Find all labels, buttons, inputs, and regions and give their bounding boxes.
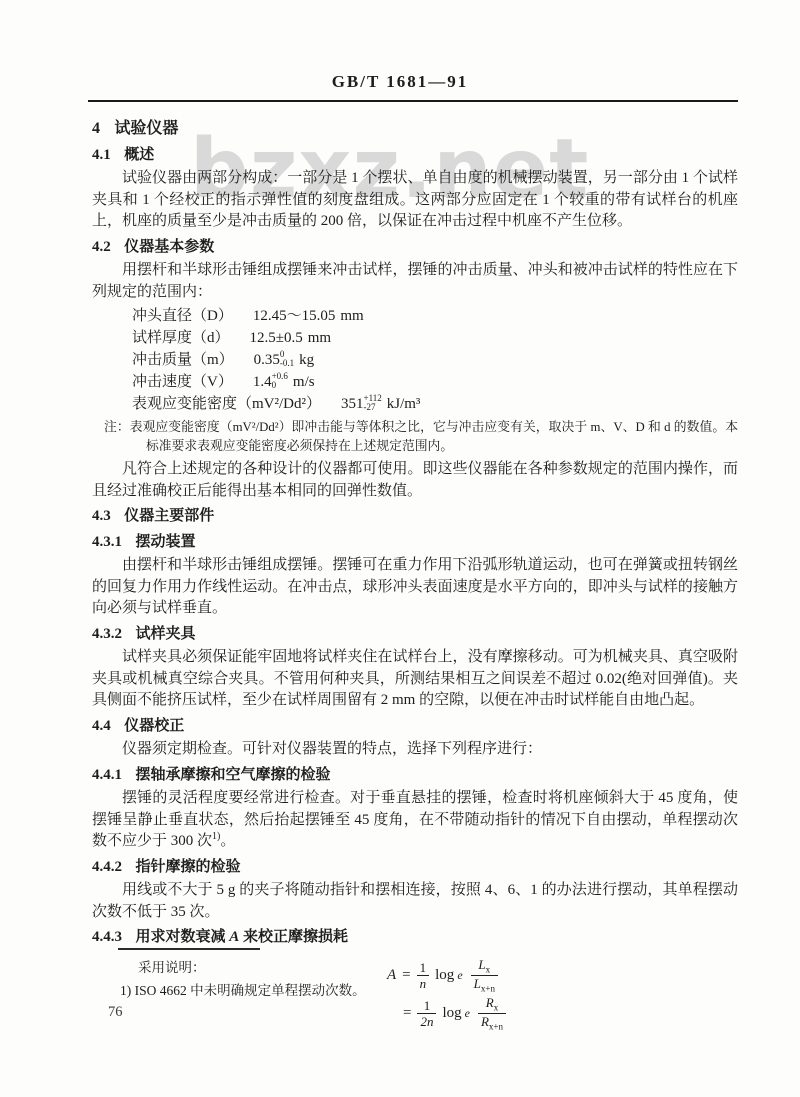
standard-code: GB/T 1681—91 <box>0 72 800 92</box>
param-value: 351 <box>341 396 364 412</box>
footnote-item: 1) ISO 4662 中未明确规定单程摆动次数。 <box>120 979 366 1002</box>
param-unit: mm <box>340 308 363 324</box>
note-label: 注： <box>104 420 130 434</box>
heading-number: 4.1 <box>92 147 111 163</box>
heading-title: 试样夹具 <box>136 626 196 642</box>
header-rule <box>88 100 738 102</box>
page-number: 76 <box>108 1004 123 1021</box>
fraction-1-over-2n: 12n <box>417 998 436 1029</box>
param-label: 试样厚度（d） <box>132 330 230 346</box>
param-label: 冲击质量（m） <box>132 352 234 368</box>
param-value: 1.4 <box>253 374 272 390</box>
heading-title: 用求对数衰减 A 来校正摩擦损耗 <box>136 929 349 945</box>
heading-number: 4.2 <box>92 239 111 255</box>
heading-4: 4试验仪器 <box>92 118 738 140</box>
fraction-R-ratio: RxRx+n <box>478 995 506 1031</box>
param-label: 冲头直径（D） <box>132 308 233 324</box>
heading-4-1: 4.1概述 <box>92 145 738 167</box>
formula-variable: A <box>387 965 396 987</box>
param-unit: kJ/m³ <box>387 396 421 412</box>
heading-title: 仪器校正 <box>124 718 184 734</box>
param-row-sample-thickness: 试样厚度（d）12.5±0.5mm <box>132 327 738 349</box>
heading-4-3-2: 4.3.2试样夹具 <box>92 624 738 646</box>
heading-number: 4.4.2 <box>92 859 122 875</box>
heading-title: 概述 <box>124 147 154 163</box>
param-value: 0.35 <box>254 352 280 368</box>
heading-title: 仪器基本参数 <box>124 239 214 255</box>
heading-title: 摆动装置 <box>136 534 196 550</box>
formula-line-2: = 12n loge RxRx+n <box>403 995 738 1033</box>
heading-title: 摆轴承摩擦和空气摩擦的检验 <box>136 767 331 783</box>
parameter-list: 冲头直径（D）12.45～15.05mm 试样厚度（d）12.5±0.5mm 冲… <box>132 305 738 415</box>
heading-number: 4.3.1 <box>92 534 122 550</box>
paragraph-4-2: 用摆杆和半球形击锤组成摆锤来冲击试样，摆锤的冲击质量、冲头和被冲击试样的特性应在… <box>92 260 738 303</box>
heading-number: 4.3 <box>92 508 111 524</box>
heading-number: 4 <box>92 120 100 137</box>
paragraph-4-3-1: 由摆杆和半球形击锤组成摆锤。摆锤可在重力作用下沿弧形轨道运动，也可在弹簧或扭转钢… <box>92 555 738 620</box>
footnote-separator <box>118 948 260 950</box>
heading-title: 仪器主要部件 <box>124 508 214 524</box>
heading-number: 4.4.1 <box>92 767 122 783</box>
paragraph-4-4-2: 用线或不大于 5 g 的夹子将随动指针和摆相连接，按照 4、6、1 的办法进行摆… <box>92 880 738 923</box>
note-4-2: 注：表观应变能密度（mV²/Dd²）即冲击能与等体积之比，它与冲击应变有关，取决… <box>104 418 738 456</box>
heading-title: 指针摩擦的检验 <box>136 859 241 875</box>
heading-number: 4.3.2 <box>92 626 122 642</box>
param-tolerance: 0-0.1 <box>280 350 294 368</box>
paragraph-4-4: 仪器须定期检查。可针对仪器装置的特点，选择下列程序进行： <box>92 739 738 761</box>
param-tolerance: +112-27 <box>364 394 382 412</box>
param-row-impact-mass: 冲击质量（m）0.350-0.1kg <box>132 349 738 371</box>
document-page: bzxz.net GB/T 1681—91 4试验仪器 4.1概述 试验仪器由两… <box>0 0 800 1097</box>
param-tolerance: +0.60 <box>272 372 288 390</box>
lambda-symbol: A <box>229 929 239 945</box>
heading-4-4-3: 4.4.3用求对数衰减 A 来校正摩擦损耗 <box>92 927 738 949</box>
param-row-strain-energy-density: 表观应变能密度（mV²/Dd²）351+112-27kJ/m³ <box>132 393 738 415</box>
param-row-impact-speed: 冲击速度（V）1.4+0.60m/s <box>132 371 738 393</box>
heading-4-4: 4.4仪器校正 <box>92 716 738 738</box>
formula-line-1: A = 1n loge LxLx+n <box>387 957 738 995</box>
document-content: 4试验仪器 4.1概述 试验仪器由两部分构成：一部分是 1 个摆状、单自由度的机… <box>92 111 738 1035</box>
fraction-L-ratio: LxLx+n <box>471 957 498 993</box>
param-row-punch-diameter: 冲头直径（D）12.45～15.05mm <box>132 305 738 327</box>
param-label: 冲击速度（V） <box>132 374 233 390</box>
param-unit: m/s <box>293 374 315 390</box>
heading-4-4-2: 4.4.2指针摩擦的检验 <box>92 857 738 879</box>
formula-log-decrement: A = 1n loge LxLx+n = 12n loge RxRx+n <box>387 957 738 1033</box>
param-unit: kg <box>299 352 314 368</box>
heading-4-2: 4.2仪器基本参数 <box>92 237 738 259</box>
paragraph-4-1: 试验仪器由两部分构成：一部分是 1 个摆状、单自由度的机械摆动装置，另一部分由 … <box>92 168 738 233</box>
paragraph-4-2b: 凡符合上述规定的各种设计的仪器都可使用。即这些仪器能在各种参数规定的范围内操作，… <box>92 459 738 502</box>
heading-number: 4.4.3 <box>92 929 122 945</box>
heading-4-4-1: 4.4.1摆轴承摩擦和空气摩擦的检验 <box>92 765 738 787</box>
heading-title: 试验仪器 <box>114 120 178 137</box>
param-label: 表观应变能密度（mV²/Dd²） <box>132 396 321 412</box>
param-value: 12.5±0.5 <box>250 330 303 346</box>
param-unit: mm <box>308 330 331 346</box>
param-value: 12.45～15.05 <box>253 308 336 324</box>
paragraph-4-4-1: 摆锤的灵活程度要经常进行检查。对于垂直悬挂的摆锤，检查时将机座倾斜大于 45 度… <box>92 788 738 853</box>
note-text: 表观应变能密度（mV²/Dd²）即冲击能与等体积之比，它与冲击应变有关，取决于 … <box>130 420 738 453</box>
heading-number: 4.4 <box>92 718 111 734</box>
footnote-block: 采用说明： 1) ISO 4662 中未明确规定单程摆动次数。 <box>120 956 366 1002</box>
footnote-title: 采用说明： <box>138 956 366 979</box>
heading-4-3: 4.3仪器主要部件 <box>92 506 738 528</box>
fraction-1-over-n: 1n <box>417 960 430 991</box>
heading-4-3-1: 4.3.1摆动装置 <box>92 532 738 554</box>
paragraph-4-3-2: 试样夹具必须保证能牢固地将试样夹住在试样台上，没有摩擦移动。可为机械夹具、真空吸… <box>92 647 738 712</box>
